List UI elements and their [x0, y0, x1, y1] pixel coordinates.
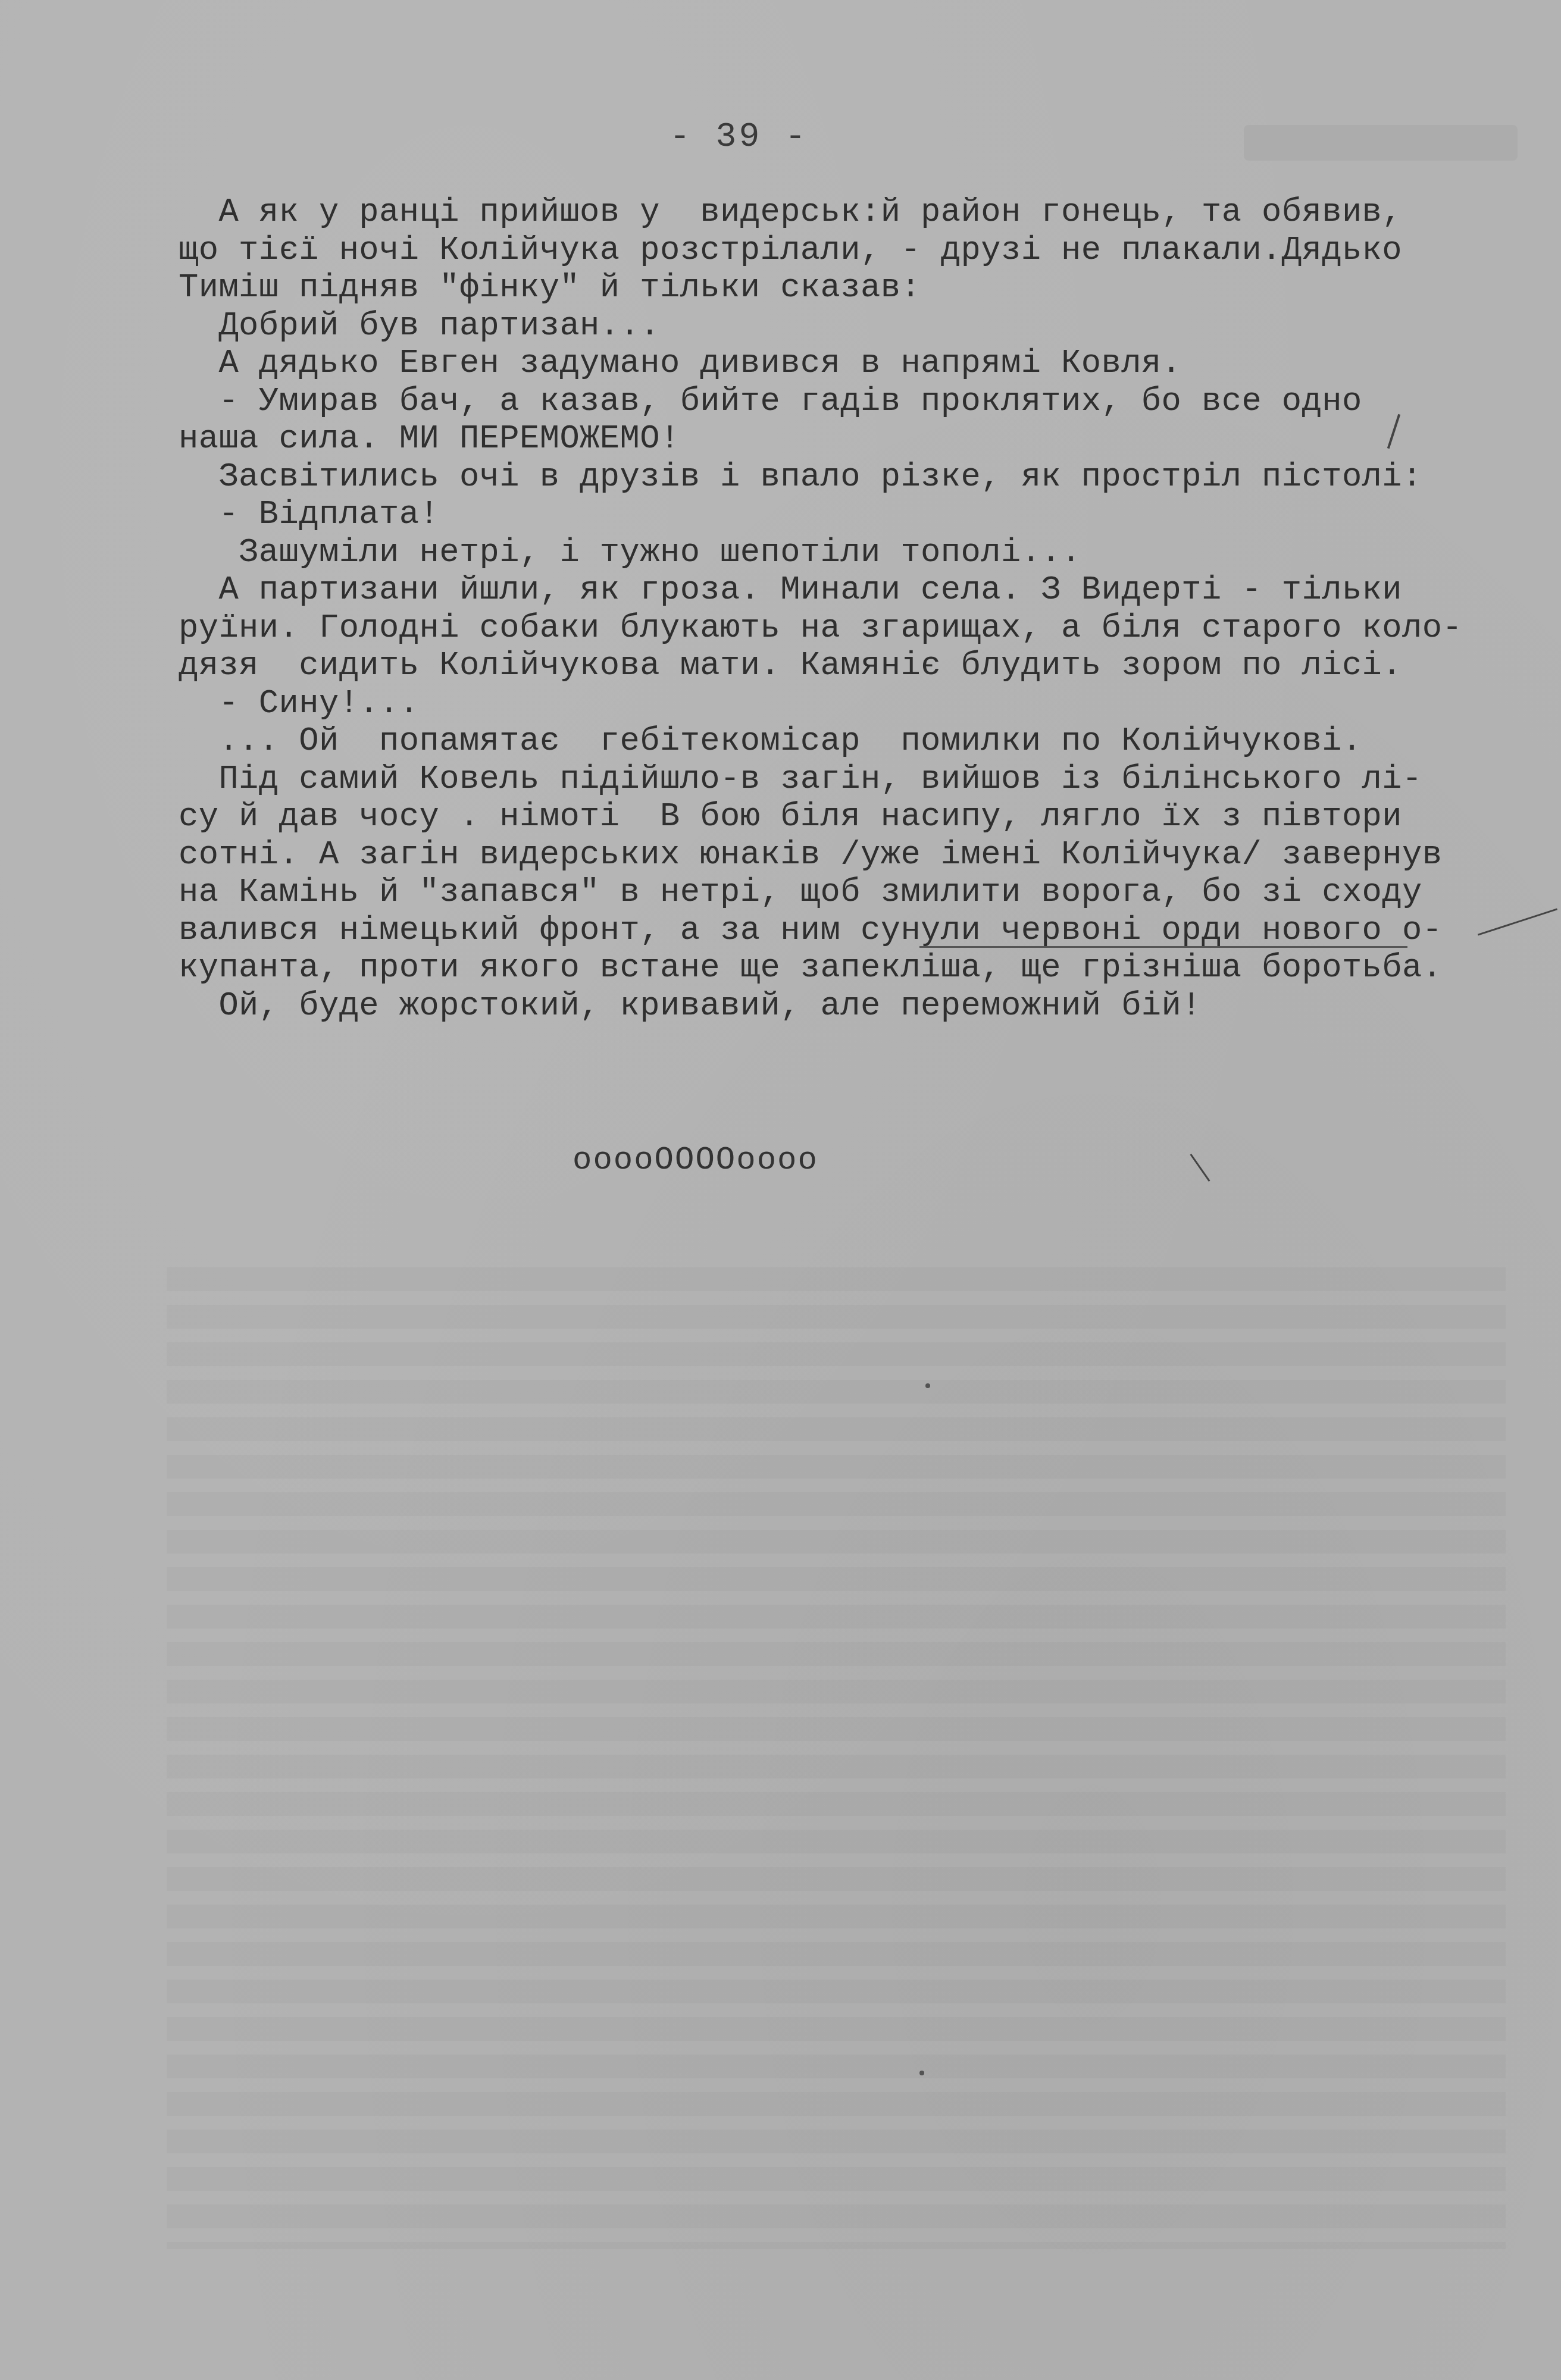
text-line: - Відплата! — [179, 496, 1488, 534]
text-line: що тієї ночі Колійчука розстрілали, - др… — [179, 231, 1488, 270]
text-line: купанта, проти якого встане ще запекліша… — [179, 949, 1488, 987]
bleed-through-text — [1244, 125, 1518, 161]
section-divider-ornament: ooooOOOOoooo — [573, 1142, 818, 1179]
pen-mark — [1190, 1154, 1210, 1182]
text-line: наша сила. МИ ПЕРЕМОЖЕМО! — [179, 420, 1488, 458]
text-line: Добрий був партизан... — [179, 307, 1488, 345]
text-line: сотні. А загін видерських юнаків /уже ім… — [179, 836, 1488, 874]
text-line: су й дав чосу . німоті В бою біля насипу… — [179, 798, 1488, 836]
pen-mark — [1478, 908, 1557, 935]
text-line: Ой, буде жорстокий, кривавий, але перемо… — [179, 987, 1488, 1025]
bleed-through-text — [167, 1267, 1506, 2249]
page-number: - 39 - — [670, 118, 808, 156]
story-text: А як у ранці прийшов у видерськ:й район … — [179, 193, 1488, 1025]
strikethrough-mark — [919, 946, 1407, 948]
typewritten-page: - 39 - А як у ранці прийшов у видерськ:й… — [0, 0, 1561, 2380]
text-line: А дядько Евген задумано дивився в напрям… — [179, 345, 1488, 383]
text-line: руїни. Голодні собаки блукають на згарищ… — [179, 609, 1488, 647]
text-line: А як у ранці прийшов у видерськ:й район … — [179, 193, 1488, 231]
text-line: А партизани йшли, як гроза. Минали села.… — [179, 571, 1488, 609]
text-line: валився німецький фронт, а за ним сунули… — [179, 912, 1488, 950]
text-line: - Умирав бач, а казав, бийте гадів прокл… — [179, 383, 1488, 421]
text-line: Зашуміли нетрі, і тужно шепотіли тополі.… — [179, 534, 1488, 572]
text-line: Під самий Ковель підійшло-в загін, вийшо… — [179, 760, 1488, 798]
text-line: на Камінь й "запався" в нетрі, щоб змили… — [179, 873, 1488, 912]
text-line: - Сину!... — [179, 685, 1488, 723]
text-line: Тиміш підняв "фінку" й тільки сказав: — [179, 269, 1488, 307]
text-line: ... Ой попамятає гебітекомісар помилки п… — [179, 722, 1488, 760]
text-line: Засвітились очі в друзів і впало різке, … — [179, 458, 1488, 496]
text-line: дязя сидить Колійчукова мати. Камяніє бл… — [179, 647, 1488, 685]
